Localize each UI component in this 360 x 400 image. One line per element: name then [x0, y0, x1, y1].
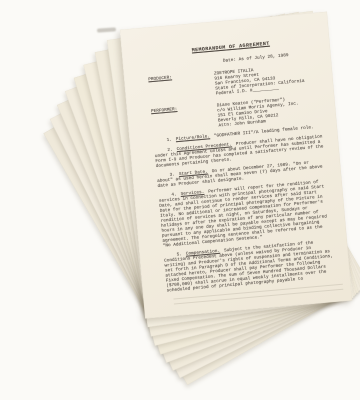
producer-address: ZOETROPE ITALIA 916 Kearny Street San Fr…: [214, 64, 305, 97]
paragraph-heading: Picture/Role.: [176, 134, 211, 142]
memorandum-page: MEMORANDUM OF AGREEMENT Date: As of July…: [120, 12, 352, 319]
date-line: Date: As of July 28, 1989: [223, 51, 317, 64]
pencil-notation: [97, 27, 116, 32]
producer-label: PRODUCER:: [148, 72, 216, 103]
paragraph-body: Performer will report for the rendition …: [159, 180, 327, 249]
paragraph-services: 4.Services.Performer will report for the…: [158, 179, 332, 249]
performer-label: PERFORMER:: [151, 104, 219, 135]
performer-address: Diane Keaton ("Performer") c/o William M…: [217, 96, 301, 128]
photo-background: MEMORANDUM OF AGREEMENT Date: As of July…: [0, 0, 360, 400]
paper-sheet-top: MEMORANDUM OF AGREEMENT Date: As of July…: [120, 12, 352, 319]
paragraph-number: 1.: [166, 138, 172, 143]
